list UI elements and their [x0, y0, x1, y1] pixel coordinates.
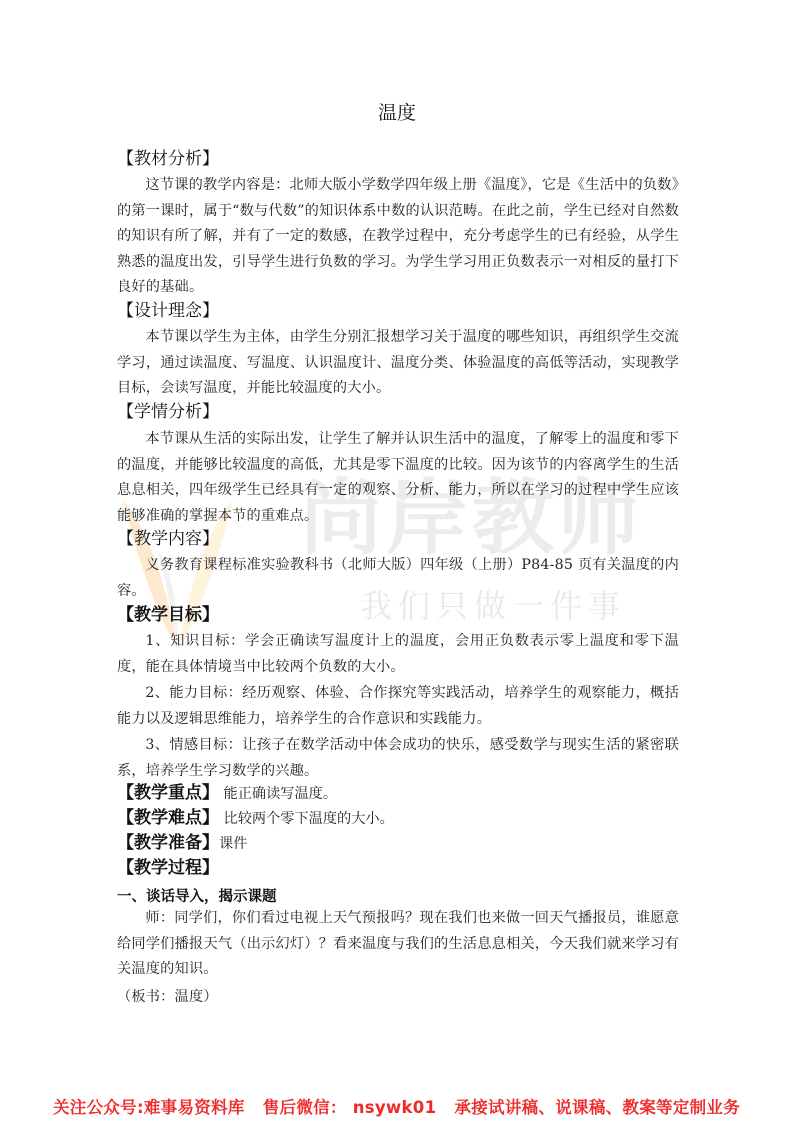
objective-emotion: 3、情感目标：让孩子在数学活动中体会成功的快乐，感受数学与现实生活的紧密联系，培…: [117, 733, 679, 784]
difficulty-text: 比较两个零下温度的大小。: [219, 811, 394, 827]
document-page: 尚岸教师 我们只做一件事 温度 【教材分析】 这节课的教学内容是：北师大版小学数…: [0, 0, 793, 1122]
difficulty-label: 【教学难点】: [117, 808, 219, 828]
key-point-text: 能正确读写温度。: [219, 786, 337, 802]
section-heading-design-concept: 【设计理念】: [117, 300, 219, 322]
section-heading-teaching-process: 【教学过程】: [117, 857, 219, 879]
section-heading-student-analysis: 【学情分析】: [117, 401, 219, 423]
footer-wechat: 售后微信： nsywk01: [263, 1098, 437, 1117]
footer-banner: 关注公众号:难事易资料库 售后微信： nsywk01 承接试讲稿、说课稿、教案等…: [0, 1094, 793, 1118]
paragraph: 这节课的教学内容是：北师大版小学数学四年级上册《温度》，它是《生活中的负数》的第…: [117, 173, 679, 301]
paragraph: 义务教育课程标准实验教科书（北师大版）四年级（上册）P84-85 页有关温度的内…: [117, 553, 679, 604]
subsection-heading-introduction: 一、谈话导入，揭示课题: [117, 885, 277, 906]
paragraph: 师：同学们，你们看过电视上天气预报吗？现在我们也来做一回天气播报员，谁愿意给同学…: [117, 906, 679, 983]
footer-service: 承接试讲稿、说课稿、教案等定制业务: [454, 1098, 740, 1117]
paragraph: 本节课从生活的实际出发，让学生了解并认识生活中的温度，了解零上的温度和零下的温度…: [117, 427, 679, 529]
section-heading-key-point: 【教学重点】 能正确读写温度。: [117, 782, 337, 805]
objective-knowledge: 1、知识目标：学会正确读写温度计上的温度，会用正负数表示零上温度和零下温度，能在…: [117, 629, 679, 680]
section-heading-teaching-objectives: 【教学目标】: [117, 604, 219, 626]
preparation-text: 课件: [219, 836, 247, 852]
section-heading-material-analysis: 【教材分析】: [117, 148, 219, 170]
section-heading-preparation: 【教学准备】课件: [117, 832, 247, 855]
key-point-label: 【教学重点】: [117, 783, 219, 803]
objective-ability: 2、能力目标：经历观察、体验、合作探究等实践活动，培养学生的观察能力，概括能力以…: [117, 681, 679, 732]
board-note: （板书：温度）: [117, 985, 679, 1011]
footer-follow: 关注公众号:难事易资料库: [53, 1098, 245, 1117]
section-heading-difficulty: 【教学难点】 比较两个零下温度的大小。: [117, 807, 394, 830]
document-title: 温度: [117, 98, 677, 125]
paragraph: 本节课以学生为主体，由学生分别汇报想学习关于温度的哪些知识，再组织学生交流学习，…: [117, 325, 679, 402]
section-heading-teaching-content: 【教学内容】: [117, 528, 219, 550]
preparation-label: 【教学准备】: [117, 833, 219, 853]
